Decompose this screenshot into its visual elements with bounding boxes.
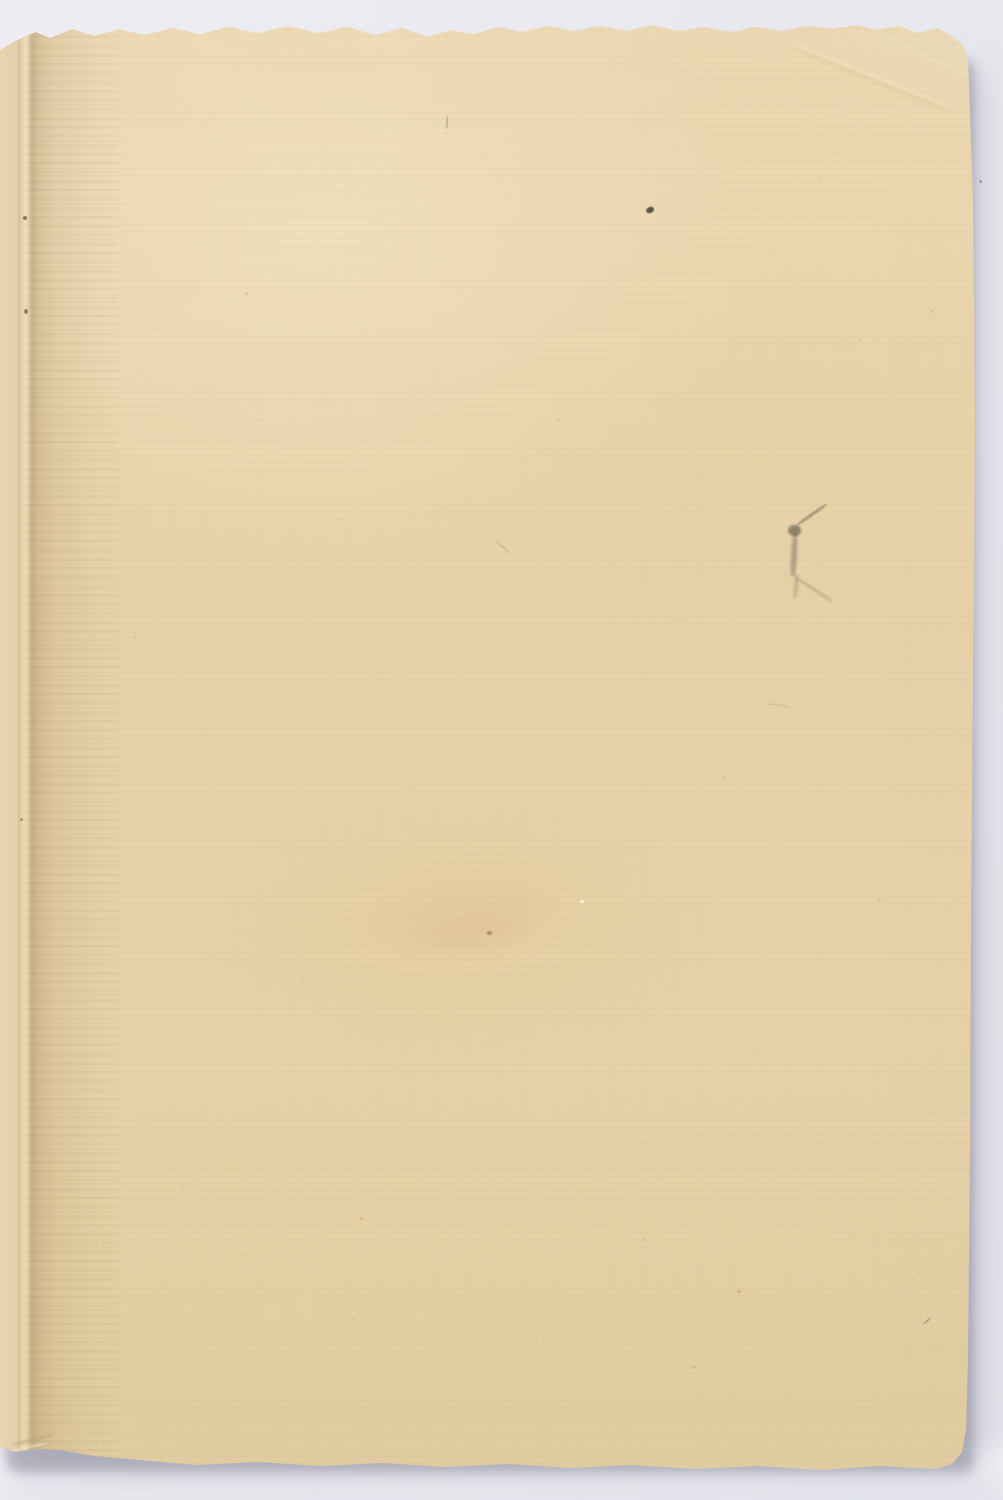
deckle-edge-shading bbox=[0, 0, 1003, 1500]
binding-gutter-fold bbox=[18, 0, 118, 1500]
photo-of-open-booklet bbox=[0, 0, 1003, 1500]
blank-book-page bbox=[0, 0, 1003, 1500]
